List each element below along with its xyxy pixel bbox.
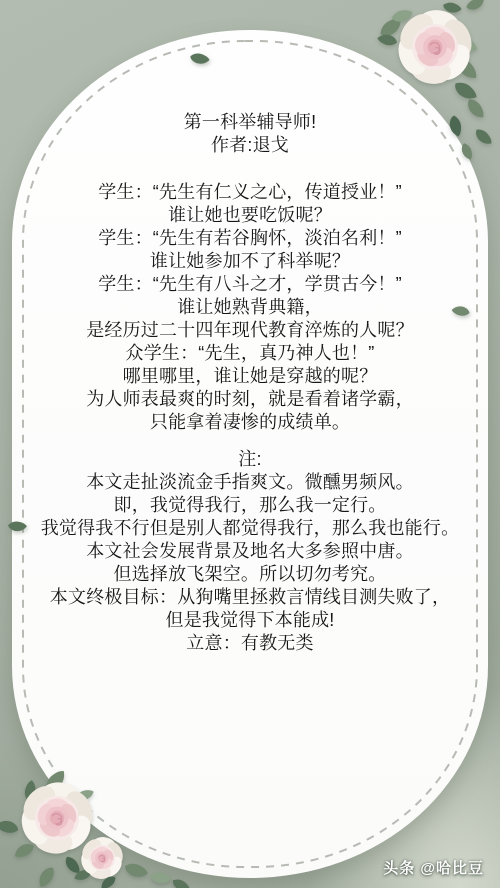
story-line: 学生：“先生有八斗之才，学贯古今！” xyxy=(26,273,474,296)
text-content: 第一科举辅导师! 作者:退戈 学生：“先生有仁义之心，传道授业！”谁让她也要吃饭… xyxy=(26,111,474,655)
story-line: 哪里哪里，谁让她是穿越的呢？ xyxy=(26,365,474,388)
story-line: 谁让她熟背典籍， xyxy=(26,296,474,319)
story-block: 学生：“先生有仁义之心，传道授业！”谁让她也要吃饭呢？学生：“先生有若谷胸怀，淡… xyxy=(26,181,474,434)
note-line: 本文终极目标：从狗嘴里拯救言情线目测失败了， xyxy=(26,586,474,609)
note-line: 但选择放飞架空。所以切勿考究。 xyxy=(26,563,474,586)
note-block: 注:本文走扯淡流金手指爽文。微醺男频风。即，我觉得我行，那么我一定行。我觉得我不… xyxy=(26,448,474,632)
note-line: 本文走扯淡流金手指爽文。微醺男频风。 xyxy=(26,471,474,494)
note-line: 本文社会发展背景及地名大多参照中唐。 xyxy=(26,540,474,563)
story-line: 众学生：“先生，真乃神人也！” xyxy=(26,342,474,365)
rose-bouquet-top-right-icon xyxy=(365,0,500,170)
story-line: 只能拿着凄惨的成绩单。 xyxy=(26,411,474,434)
note-line: 我觉得我不行但是别人都觉得我行，那么我也能行。 xyxy=(26,517,474,540)
post-image-canvas: 第一科举辅导师! 作者:退戈 学生：“先生有仁义之心，传道授业！”谁让她也要吃饭… xyxy=(0,0,500,888)
leaf-icon xyxy=(442,304,472,328)
story-line: 学生：“先生有若谷胸怀，淡泊名利！” xyxy=(26,227,474,250)
leaf-icon xyxy=(190,47,220,69)
story-line: 谁让她也要吃饭呢？ xyxy=(26,204,474,227)
note-line: 即，我觉得我行，那么我一定行。 xyxy=(26,494,474,517)
story-line: 学生：“先生有仁义之心，传道授业！” xyxy=(26,181,474,204)
story-line: 是经历过二十四年现代教育淬炼的人呢？ xyxy=(26,319,474,342)
story-line: 为人师表最爽的时刻，就是看着诸学霸， xyxy=(26,388,474,411)
story-line: 谁让她参加不了科举呢？ xyxy=(26,250,474,273)
watermark: 头条 @哈比豆 xyxy=(383,857,484,878)
leaf-icon xyxy=(8,514,38,536)
motto-line: 立意：有教无类 xyxy=(26,632,474,655)
note-line: 但是我觉得下本能成! xyxy=(26,609,474,632)
note-line: 注: xyxy=(26,448,474,471)
rose-bouquet-bottom-left-icon xyxy=(0,730,205,888)
